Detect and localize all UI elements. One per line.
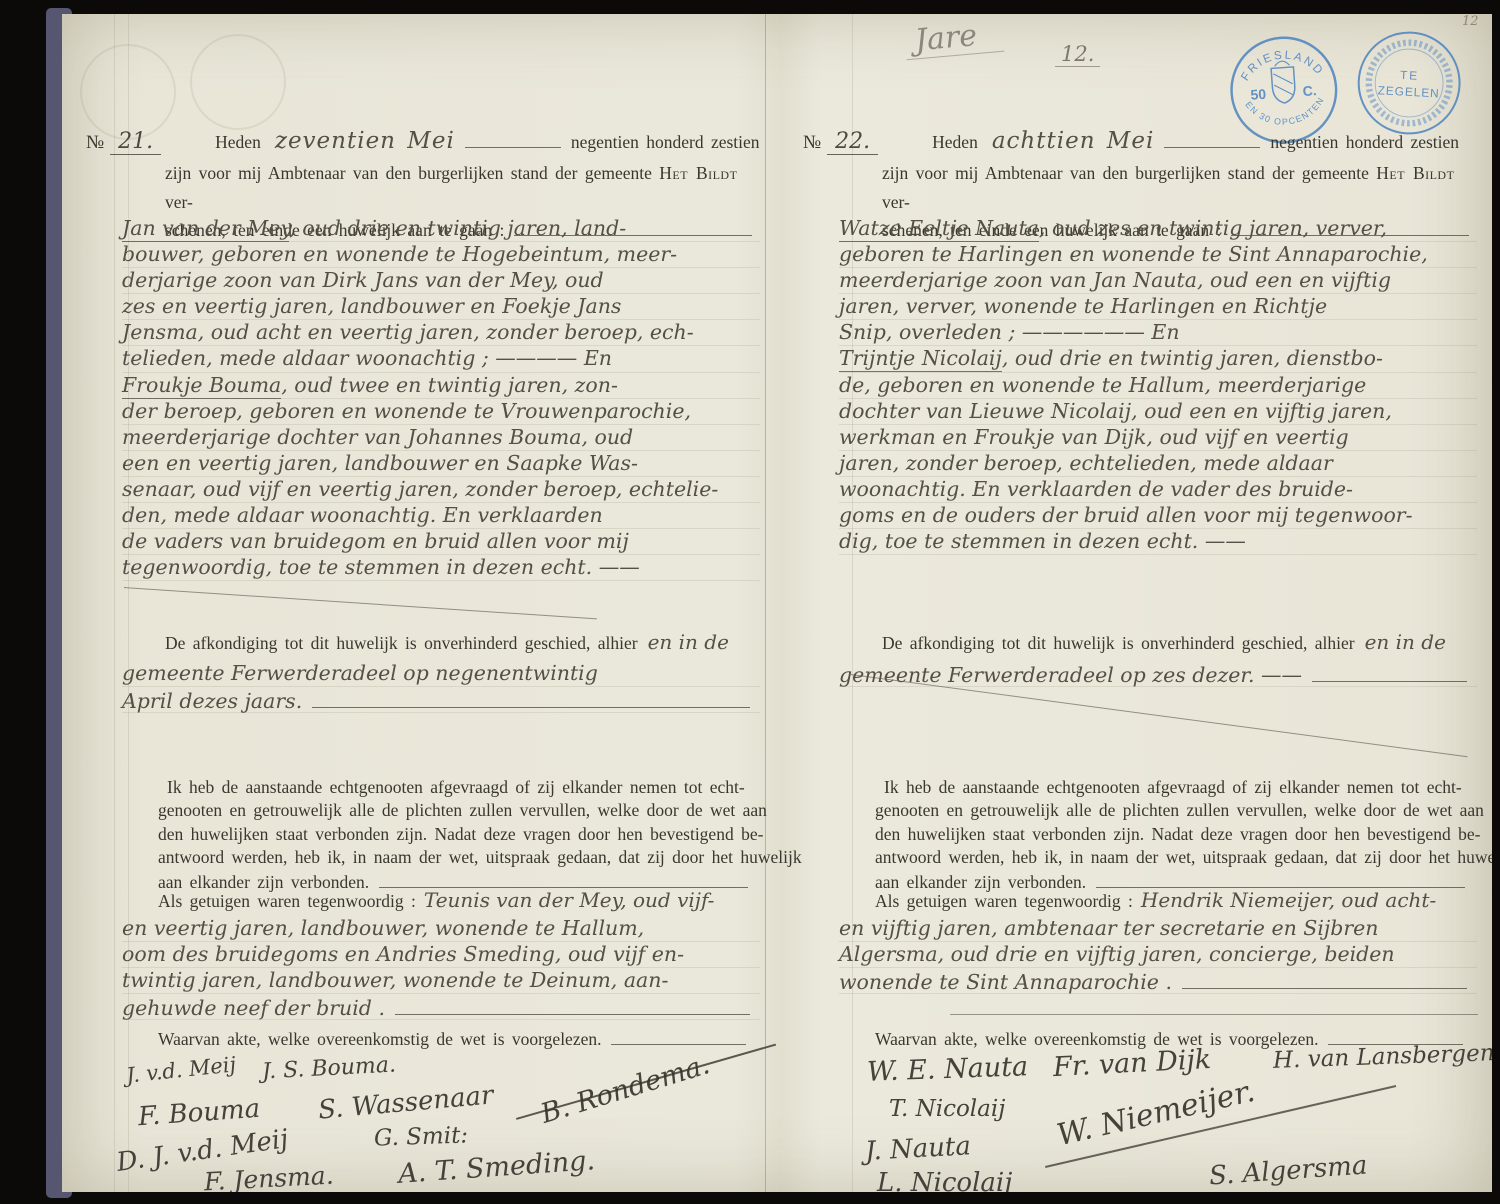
vows-line: den huwelijken staat verbonden zijn. Nad…	[158, 823, 758, 846]
witness-script: Hendrik Niemeijer, oud acht-	[1141, 888, 1436, 912]
marriage-date-script: zeventien Mei	[275, 128, 455, 154]
heden-label: Heden	[932, 132, 978, 153]
afkondiging-printed: De afkondiging tot dit huwelijk is onver…	[165, 633, 638, 654]
handwritten-flourish: Jare	[904, 16, 1005, 60]
stamp-value-left: 50	[1250, 86, 1267, 103]
blank-line	[1182, 967, 1467, 989]
signature-block: J. v.d. Meij J. S. Bouma. F. Bouma S. Wa…	[86, 1052, 762, 1192]
blank-line	[1164, 130, 1260, 149]
signature: T. Nicolaij	[889, 1096, 1005, 1122]
gemeente-name: Het Bildt	[1376, 163, 1454, 183]
marriage-act-21: № 21. Heden zeventien Mei negentien hond…	[86, 128, 762, 1192]
body-line: jaren, verver, wonende te Harlingen en R…	[839, 293, 1477, 319]
blank-line	[379, 870, 748, 889]
blank-line	[1096, 870, 1465, 889]
closing-printed: Waarvan akte, welke overeenkomstig de we…	[875, 1029, 1318, 1050]
afkondiging-printed: De afkondiging tot dit huwelijk is onver…	[882, 633, 1355, 654]
register-page-spread: Jare 12. 12 FRIESLAND EN 30 OPCENTEN	[62, 14, 1492, 1192]
stamp-value-right: C.	[1302, 82, 1317, 99]
act-number-symbol: №	[803, 132, 821, 154]
act-number: 21.	[110, 129, 161, 155]
body-line: meerderjarige zoon van Jan Nauta, oud ee…	[839, 267, 1477, 293]
body-line: Snip, overleden ; —————— En	[839, 319, 1477, 345]
marriage-date-script: achttien Mei	[992, 128, 1155, 154]
stamp-bleedthrough	[190, 34, 286, 130]
witness-last: wonende te Sint Annaparochie .	[839, 969, 1172, 995]
act-number: 22.	[827, 129, 878, 155]
body-line: tegenwoordig, toe te stemmen in dezen ec…	[122, 554, 760, 580]
signature: F. Bouma	[137, 1094, 261, 1132]
signature: J. v.d. Meij	[125, 1052, 237, 1087]
blank-line	[465, 130, 561, 149]
afkondiging-section: De afkondiging tot dit huwelijk is onver…	[803, 630, 1477, 686]
page-gutter	[765, 14, 766, 1192]
afkondiging-last: gemeente Ferwerderadeel op zes dezer. ——	[839, 662, 1302, 688]
blank-line	[312, 686, 750, 708]
body-line: den, mede aldaar woonachtig. En verklaar…	[122, 502, 760, 528]
witness-script: Teunis van der Mey, oud vijf-	[424, 888, 715, 912]
witness-line: en veertig jaren, landbouwer, wonende te…	[122, 915, 760, 941]
body-line: een en veertig jaren, landbouwer en Saap…	[122, 450, 760, 476]
body-line: meerderjarige dochter van Johannes Bouma…	[122, 424, 760, 450]
year-printed: negentien honderd zestien	[571, 132, 760, 153]
signature: L. Nicolaij	[877, 1168, 1012, 1192]
signature: S. Wassenaar	[317, 1080, 495, 1125]
signature: J. S. Bouma.	[261, 1053, 396, 1085]
signature-flourish	[516, 1044, 776, 1120]
signature: B. Rondema.	[537, 1049, 713, 1130]
vows-line: den huwelijken staat verbonden zijn. Nad…	[875, 823, 1475, 846]
signature: F. Jensma.	[203, 1161, 334, 1192]
intro-line1: zijn voor mij Ambtenaar van den burgerli…	[165, 159, 762, 216]
act-body-handwritten: Watze Eeltje Nauta, oud zes en twintig j…	[839, 215, 1477, 554]
body-line: de, geboren en wonende te Hallum, meerde…	[839, 372, 1477, 398]
witness-line: en vijftig jaren, ambtenaar ter secretar…	[839, 915, 1477, 941]
witnesses-section: Als getuigen waren tegenwoordig :Teunis …	[86, 888, 760, 1019]
stamp-line2: ZEGELEN	[1377, 83, 1440, 100]
vows-paragraph: Ik heb de aanstaande echtgenooten afgevr…	[875, 776, 1475, 895]
afkondiging-script: en in de	[1365, 630, 1446, 654]
afkondiging-script: en in de	[648, 630, 729, 654]
stamp-line1: TE	[1400, 68, 1420, 83]
afkondiging-section: De afkondiging tot dit huwelijk is onver…	[86, 630, 760, 712]
body-line: dochter van Lieuwe Nicolaij, oud een en …	[839, 398, 1477, 424]
witness-last: gehuwde neef der bruid .	[122, 995, 385, 1021]
vows-line: genooten en getrouwelijk alle de plichte…	[158, 799, 758, 822]
vows-line: genooten en getrouwelijk alle de plichte…	[875, 799, 1475, 822]
afkondiging-line: gemeente Ferwerderadeel op negenentwinti…	[122, 660, 760, 686]
signature: J. Nauta	[864, 1131, 971, 1167]
witness-line: oom des bruidegoms en Andries Smeding, o…	[122, 941, 760, 967]
body-line: goms en de ouders der bruid allen voor m…	[839, 502, 1477, 528]
witnesses-section: Als getuigen waren tegenwoordig :Hendrik…	[803, 888, 1477, 993]
marriage-act-22: № 22. Heden achttien Mei negentien honde…	[803, 128, 1479, 1192]
signature: G. Smit:	[374, 1122, 469, 1151]
vows-line: Ik heb de aanstaande echtgenooten afgevr…	[875, 776, 1475, 799]
vows-line: Ik heb de aanstaande echtgenooten afgevr…	[158, 776, 758, 799]
body-line: der beroep, geboren en wonende te Vrouwe…	[122, 398, 760, 424]
afkondiging-last: April dezes jaars.	[122, 688, 302, 714]
body-line: zes en veertig jaren, landbouwer en Foek…	[122, 293, 760, 319]
signature: S. Algersma	[1208, 1151, 1368, 1192]
closing-printed: Waarvan akte, welke overeenkomstig de we…	[158, 1029, 601, 1050]
page-number: 12.	[1055, 42, 1100, 67]
act-number-symbol: №	[86, 132, 104, 154]
corner-page-number: 12	[1462, 14, 1479, 29]
signature: A. T. Smeding.	[397, 1145, 596, 1190]
blank-line	[395, 993, 750, 1015]
groom-name: Jan van der Mey	[122, 216, 289, 242]
body-line: Jensma, oud acht en veertig jaren, zonde…	[122, 319, 760, 345]
groom-name: Watze Eeltje Nauta	[839, 216, 1039, 242]
body-line: jaren, zonder beroep, echtelieden, mede …	[839, 450, 1477, 476]
vows-paragraph: Ik heb de aanstaande echtgenooten afgevr…	[158, 776, 758, 895]
signature-block: W. E. Nauta Fr. van Dijk H. van Lansberg…	[803, 1052, 1479, 1192]
body-line: geboren te Harlingen en wonende te Sint …	[839, 241, 1477, 267]
body-line: telieden, mede aldaar woonachtig ; ———— …	[122, 345, 760, 371]
bride-name: Froukje Bouma	[122, 373, 281, 399]
body-line: werkman en Froukje van Dijk, oud vijf en…	[839, 424, 1477, 450]
body-line: bouwer, geboren en wonende te Hogebeintu…	[122, 241, 760, 267]
act-body-handwritten: Jan van der Mey, oud drie en twintig jar…	[122, 215, 760, 580]
body-line: de vaders van bruidegom en bruid allen v…	[122, 528, 760, 554]
separator-rule	[950, 1014, 1478, 1015]
body-line: senaar, oud vijf en veertig jaren, zonde…	[122, 476, 760, 502]
register-scan: Jare 12. 12 FRIESLAND EN 30 OPCENTEN	[0, 0, 1500, 1204]
stamp-bleedthrough	[80, 44, 176, 140]
signature: W. E. Nauta	[867, 1051, 1029, 1088]
vows-line: antwoord werden, heb ik, in naam der wet…	[875, 846, 1475, 869]
body-line: woonachtig. En verklaarden de vader des …	[839, 476, 1477, 502]
body-line: dig, toe te stemmen in dezen echt. ——	[839, 528, 1477, 554]
vows-line: antwoord werden, heb ik, in naam der wet…	[158, 846, 758, 869]
strikethrough-line	[124, 587, 597, 619]
witnesses-printed: Als getuigen waren tegenwoordig :	[158, 891, 416, 912]
heden-label: Heden	[215, 132, 261, 153]
year-printed: negentien honderd zestien	[1270, 132, 1459, 153]
body-line: derjarige zoon van Dirk Jans van der Mey…	[122, 267, 760, 293]
intro-line1: zijn voor mij Ambtenaar van den burgerli…	[882, 159, 1479, 216]
bride-name: Trijntje Nicolaij	[839, 346, 1002, 372]
blank-line	[611, 1028, 746, 1045]
gemeente-name: Het Bildt	[659, 163, 737, 183]
blank-line	[1312, 660, 1467, 682]
witness-line: Algersma, oud drie en vijftig jaren, con…	[839, 941, 1477, 967]
witnesses-printed: Als getuigen waren tegenwoordig :	[875, 891, 1133, 912]
witness-line: twintig jaren, landbouwer, wonende te De…	[122, 967, 760, 993]
